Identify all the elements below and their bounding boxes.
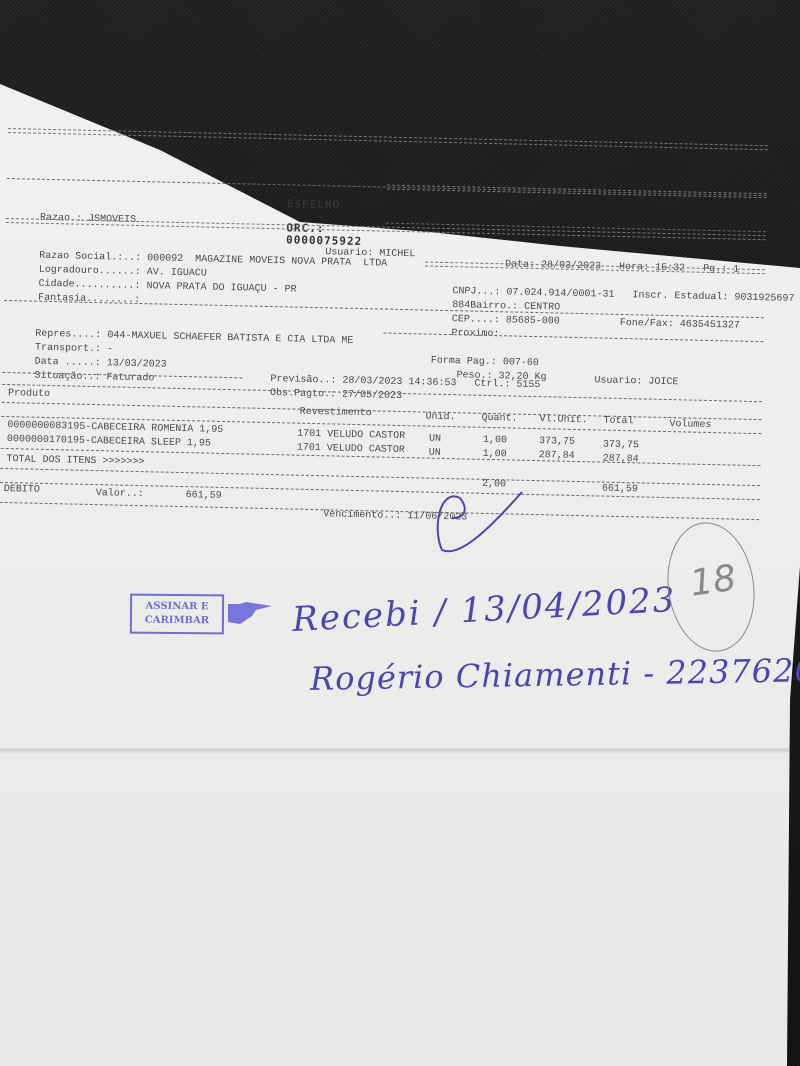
header-quant: Quant. (481, 413, 517, 426)
check-mark-icon (430, 488, 530, 558)
fantasia-label: Fantasia........: (38, 293, 140, 306)
inscr-label: Inscr. Estadual: (632, 290, 728, 303)
stamp-line-1: ASSINAR E (132, 600, 222, 615)
header-vl-unit: Vl.Unit. (539, 414, 587, 427)
header-volumes: Volumes (669, 419, 711, 432)
inscr-value: 9031925697 (734, 293, 794, 305)
item-total: 287,84 (602, 454, 638, 467)
valor-label: Valor..: (96, 488, 144, 501)
payment-type: DEBITO (4, 484, 40, 497)
ctrl-label: Ctrl.: (474, 379, 510, 391)
header-total: Total (603, 416, 633, 429)
total-value: 661,59 (602, 484, 638, 497)
item-revestimento: 1701 VELUDO CASTOR (297, 429, 405, 443)
valor-value: 661,59 (186, 490, 222, 503)
order-usuario-value: JOICE (648, 377, 678, 389)
header-produto: Produto (8, 388, 50, 401)
item-vl-unit: 373,75 (539, 436, 575, 449)
pointing-hand-icon (226, 600, 276, 626)
fone-label: Fone/Fax: (620, 318, 674, 330)
usuario-joice: Usuario: JOICE (570, 363, 679, 401)
cep-value: 85685-000 (506, 315, 560, 327)
paper-fold (0, 748, 790, 753)
stamp-line-2: CARIMBAR (132, 614, 222, 629)
order-usuario-label: Usuario: (594, 375, 642, 387)
item-total: 373,75 (603, 440, 639, 453)
item-quant: 1,00 (483, 435, 507, 448)
sign-stamp: ASSINAR E CARIMBAR (130, 594, 224, 635)
item-unid: UN (429, 434, 441, 446)
header-revestimento: Revestimento (299, 407, 371, 421)
repres-value: 044-MAXUEL SCHAEFER BATISTA E CIA LTDA M… (107, 330, 353, 347)
fone-value: 4635451327 (680, 319, 740, 331)
circled-number-text: 18 (688, 558, 739, 605)
ctrl-value: 5155 (516, 380, 540, 392)
header-unid: Unid. (425, 412, 455, 425)
cidade-value: NOVA PRATA DO IGUAÇU - PR (146, 281, 296, 295)
